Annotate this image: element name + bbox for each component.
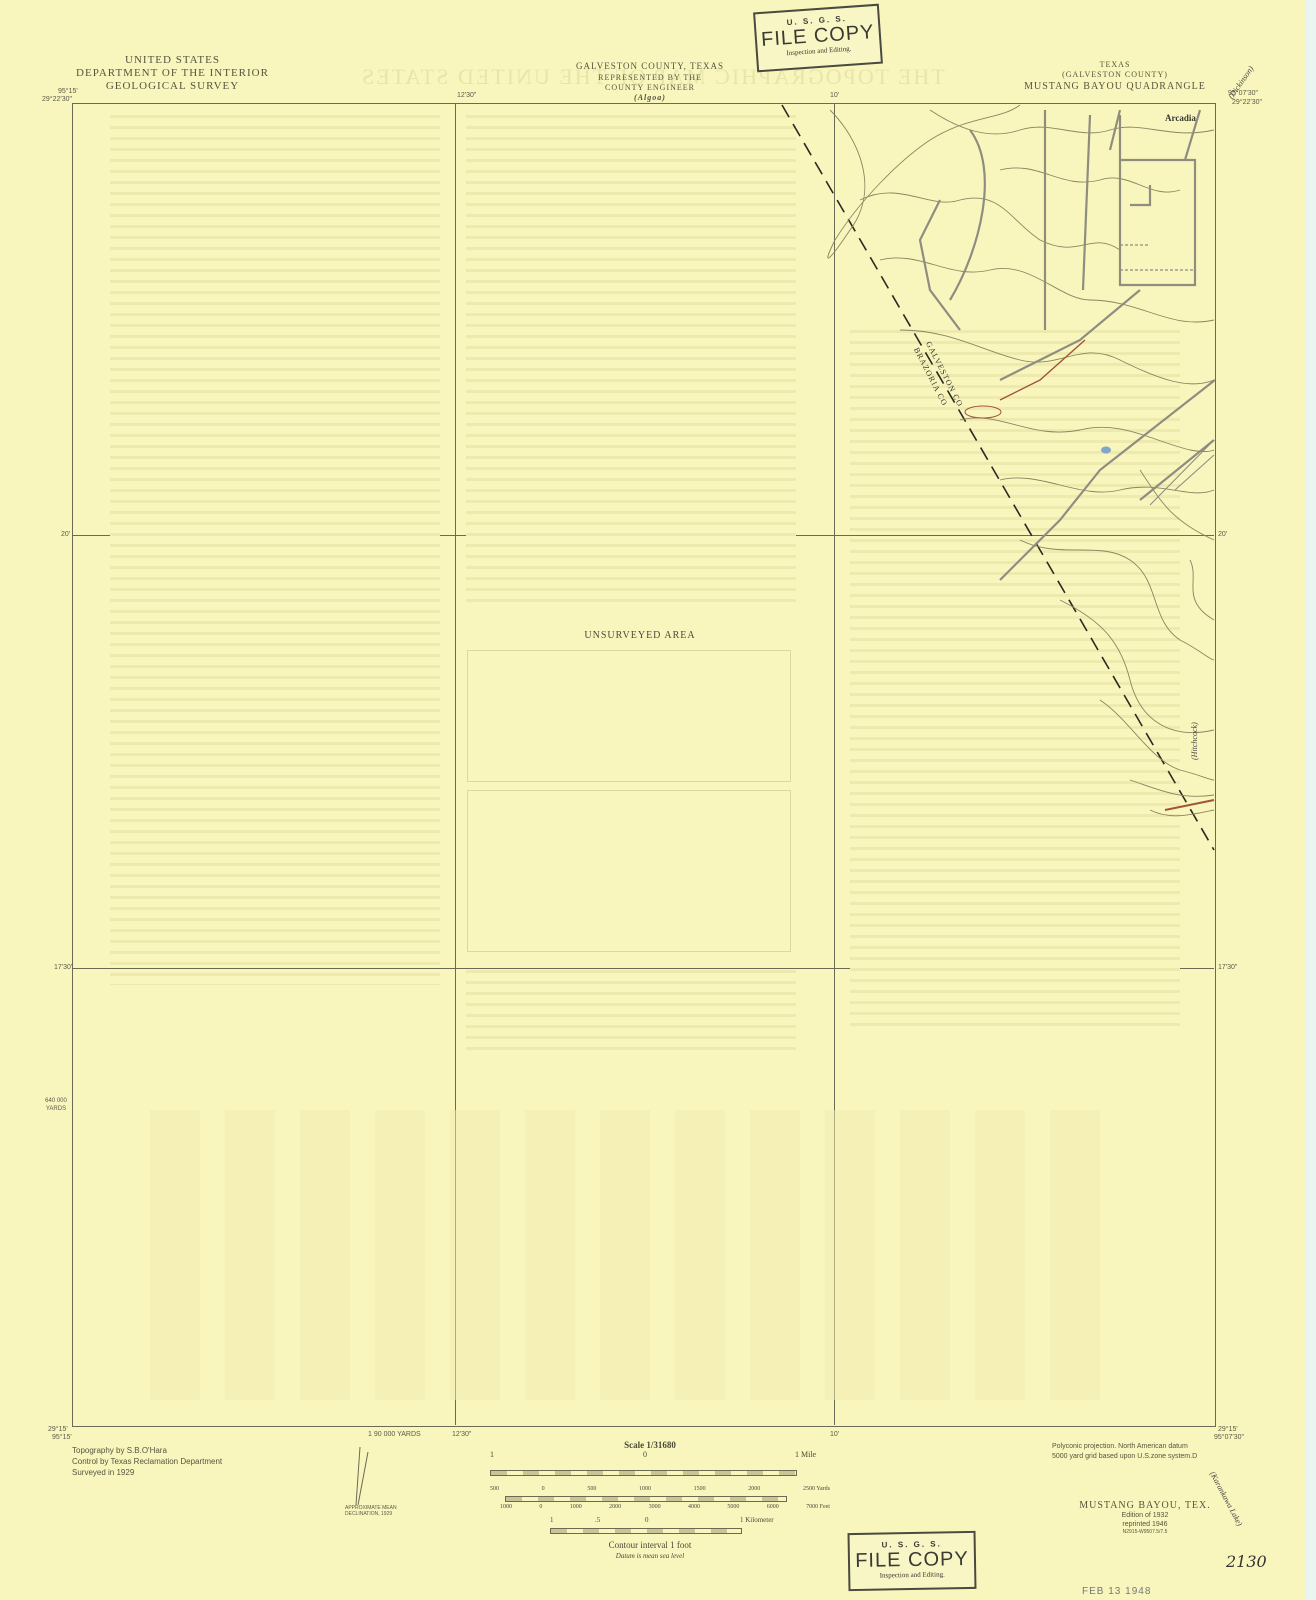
scale-miles-left: 1 (490, 1450, 494, 1459)
feet-label: 1000 (500, 1504, 512, 1510)
map-features (0, 0, 1316, 1600)
km-label: 1 Kilometer (740, 1516, 774, 1524)
yard-label: 1500 (694, 1486, 706, 1492)
yard-label: 2000 (748, 1486, 760, 1492)
yard-label: 500 (490, 1486, 499, 1492)
feet-label: 7000 Feet (806, 1504, 830, 1510)
contour-interval: Contour interval 1 foot (490, 1540, 810, 1550)
feet-label: 1000 (570, 1504, 582, 1510)
pond (1101, 447, 1111, 454)
scale-bar-km (550, 1528, 742, 1534)
km-label: 0 (645, 1516, 649, 1524)
scale-bar-yards (505, 1496, 787, 1502)
levee-south (1165, 800, 1214, 810)
fence-lines (1150, 440, 1214, 505)
declination-caption: APPROXIMATE MEAN DECLINATION, 1929 (345, 1505, 400, 1517)
feet-label: 3000 (649, 1504, 661, 1510)
levee-ring (965, 406, 1001, 418)
map-credits: Topography by S.B.O'Hara Control by Texa… (72, 1445, 222, 1478)
footer-code: N2915-W9507.5/7.5 (1075, 1529, 1215, 1536)
credit-control: Control by Texas Reclamation Department (72, 1456, 222, 1467)
scale-miles-right: 1 Mile (795, 1450, 816, 1459)
yard-label: 0 (542, 1486, 545, 1492)
feet-label: 4000 (688, 1504, 700, 1510)
feet-label: 6000 (767, 1504, 779, 1510)
projection-line2: 5000 yard grid based upon U.S.zone syste… (1052, 1452, 1197, 1462)
received-date-stamp: FEB 13 1948 (1082, 1586, 1151, 1597)
footer-edition: Edition of 1932 (1075, 1511, 1215, 1520)
scale-bar-miles (490, 1470, 797, 1476)
footer-map-name: MUSTANG BAYOU, TEX. Edition of 1932 repr… (1075, 1500, 1215, 1536)
adjacent-sheet-east: (Hitchcock) (1190, 722, 1199, 760)
scale-yards-labels: 500 0 500 1000 1500 2000 2500 Yards (490, 1486, 830, 1492)
file-copy-stamp-bottom: U. S. G. S. FILE COPY Inspection and Edi… (848, 1531, 977, 1591)
credit-surveyed: Surveyed in 1929 (72, 1467, 222, 1478)
projection-line1: Polyconic projection. North American dat… (1052, 1442, 1197, 1452)
km-label: 1 (550, 1516, 554, 1524)
county-boundary-line (782, 105, 1214, 850)
km-label: .5 (595, 1516, 600, 1524)
footer-reprinted: reprinted 1946 (1075, 1520, 1215, 1529)
scale-miles: 1 0 1 Mile (490, 1450, 810, 1464)
datum-note: Datum is mean sea level (490, 1552, 810, 1560)
scale-miles-zero: 0 (643, 1450, 647, 1459)
feet-label: 2000 (609, 1504, 621, 1510)
footer-title: MUSTANG BAYOU, TEX. (1075, 1500, 1215, 1511)
yard-label: 500 (587, 1486, 596, 1492)
scale-block: Scale 1/31680 1 0 1 Mile 500 0 500 1000 … (490, 1440, 810, 1464)
credit-topography: Topography by S.B.O'Hara (72, 1445, 222, 1456)
feet-label: 5000 (727, 1504, 739, 1510)
scale-feet-labels: 1000 0 1000 2000 3000 4000 5000 6000 700… (500, 1504, 830, 1510)
yard-label: 1000 (639, 1486, 651, 1492)
feet-label: 0 (539, 1504, 542, 1510)
declination-diagram (356, 1447, 368, 1505)
projection-note: Polyconic projection. North American dat… (1052, 1442, 1197, 1462)
handwritten-number: 2130 (1226, 1552, 1267, 1571)
levee (1000, 340, 1085, 400)
scale-title: Scale 1/31680 (490, 1440, 810, 1450)
contour-lines (828, 105, 1214, 816)
place-arcadia: Arcadia (1165, 113, 1196, 123)
stamp-title: FILE COPY (850, 1548, 974, 1572)
trails (1120, 245, 1195, 270)
yard-label: 2500 Yards (803, 1486, 830, 1492)
